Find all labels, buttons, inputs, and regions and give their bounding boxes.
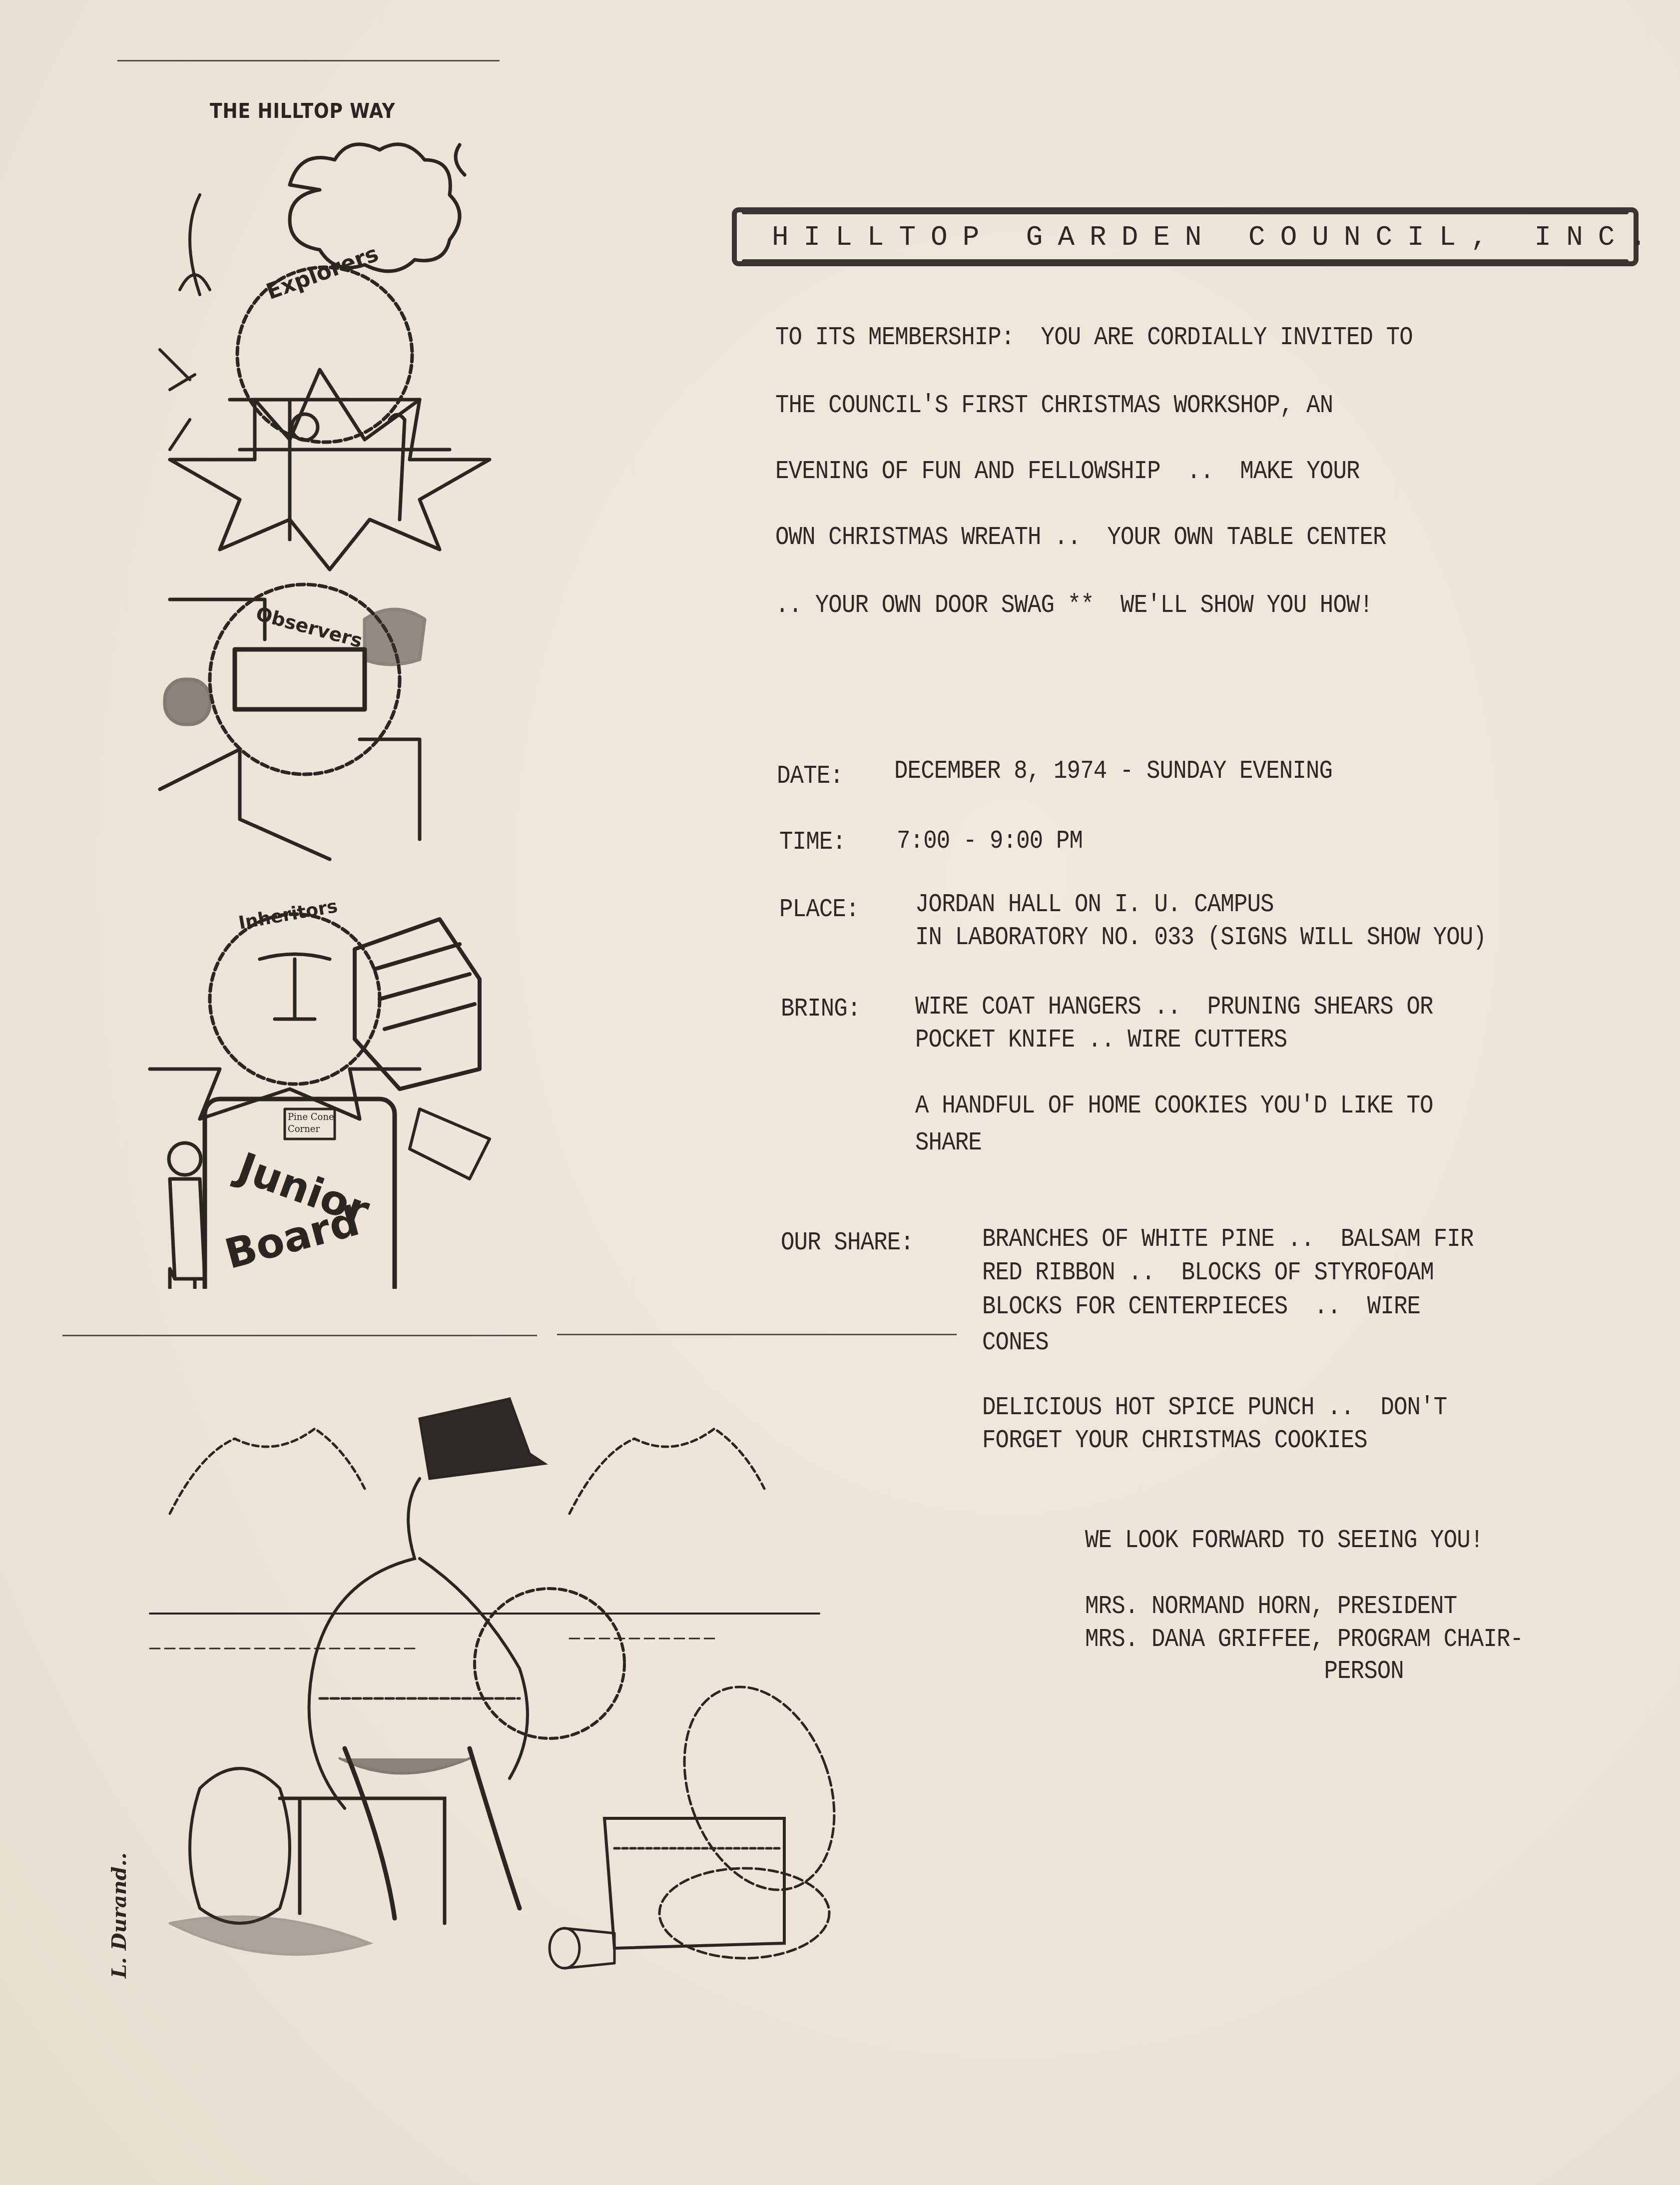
signer-program-chair-cont: PERSON (1085, 1658, 1404, 1684)
date-label: DATE: (777, 763, 843, 789)
our-share-label: OUR SHARE: (781, 1230, 914, 1256)
hilltop-way-heading: THE HILLTOP WAY (210, 100, 395, 123)
bring-extra-line-2: SHARE (915, 1130, 982, 1156)
pine-cone-corner-sign: Pine Cone (288, 1112, 334, 1122)
time-value: 7:00 - 9:00 PM (897, 828, 1083, 854)
masthead-top-bar (742, 207, 1629, 214)
wreath-maker-illustration (120, 1349, 899, 1973)
masthead-left-brace (732, 207, 746, 266)
intro-line-4: OWN CHRISTMAS WREATH .. YOUR OWN TABLE C… (775, 525, 1386, 550)
intro-line-1: TO ITS MEMBERSHIP: YOU ARE CORDIALLY INV… (775, 325, 1413, 351)
our-share-line-4: CONES (982, 1330, 1049, 1356)
top-left-rule (117, 60, 500, 61)
masthead-box: HILLTOP GARDEN COUNCIL, INC. (732, 207, 1639, 266)
our-share-line-1: BRANCHES OF WHITE PINE .. BALSAM FIR (982, 1226, 1473, 1252)
intro-line-5: .. YOUR OWN DOOR SWAG ** WE'LL SHOW YOU … (775, 592, 1373, 618)
closing-message: WE LOOK FORWARD TO SEEING YOU! (1085, 1528, 1483, 1554)
artist-signature: L. Durand.. (107, 1852, 131, 1978)
place-label: PLACE: (779, 897, 859, 923)
bring-label: BRING: (781, 996, 860, 1022)
bring-line-1: WIRE COAT HANGERS .. PRUNING SHEARS OR (915, 994, 1433, 1020)
time-label: TIME: (779, 829, 846, 855)
date-value: DECEMBER 8, 1974 - SUNDAY EVENING (894, 758, 1332, 784)
our-share-line-2: RED RIBBON .. BLOCKS OF STYROFOAM (982, 1260, 1434, 1286)
hilltop-way-illustration: Explorers Observers Inheritors Junior Bo… (140, 140, 510, 1289)
inheritors-label: Inheritors (237, 896, 339, 934)
signer-president: MRS. NORMAND HORN, PRESIDENT (1085, 1594, 1457, 1620)
our-share-extra-line-1: DELICIOUS HOT SPICE PUNCH .. DON'T (982, 1395, 1447, 1421)
intro-line-3: EVENING OF FUN AND FELLOWSHIP .. MAKE YO… (775, 459, 1360, 485)
bring-extra-line-1: A HANDFUL OF HOME COOKIES YOU'D LIKE TO (915, 1093, 1433, 1119)
middle-rule-right (557, 1334, 957, 1335)
signer-program-chair: MRS. DANA GRIFFEE, PROGRAM CHAIR- (1085, 1627, 1523, 1652)
observers-label: Observers (254, 602, 365, 652)
our-share-extra-line-2: FORGET YOUR CHRISTMAS COOKIES (982, 1428, 1367, 1454)
bring-line-2: POCKET KNIFE .. WIRE CUTTERS (915, 1027, 1287, 1053)
masthead-bottom-bar (742, 259, 1629, 266)
svg-text:Corner: Corner (288, 1124, 320, 1134)
place-line-2: IN LABORATORY NO. 033 (SIGNS WILL SHOW Y… (915, 925, 1486, 951)
place-line-1: JORDAN HALL ON I. U. CAMPUS (915, 892, 1274, 918)
our-share-line-3: BLOCKS FOR CENTERPIECES .. WIRE (982, 1294, 1420, 1320)
middle-rule-left (62, 1335, 537, 1336)
intro-line-2: THE COUNCIL'S FIRST CHRISTMAS WORKSHOP, … (775, 393, 1333, 419)
masthead-title: HILLTOP GARDEN COUNCIL, INC. (772, 221, 1662, 253)
explorers-label: Explorers (263, 241, 382, 305)
